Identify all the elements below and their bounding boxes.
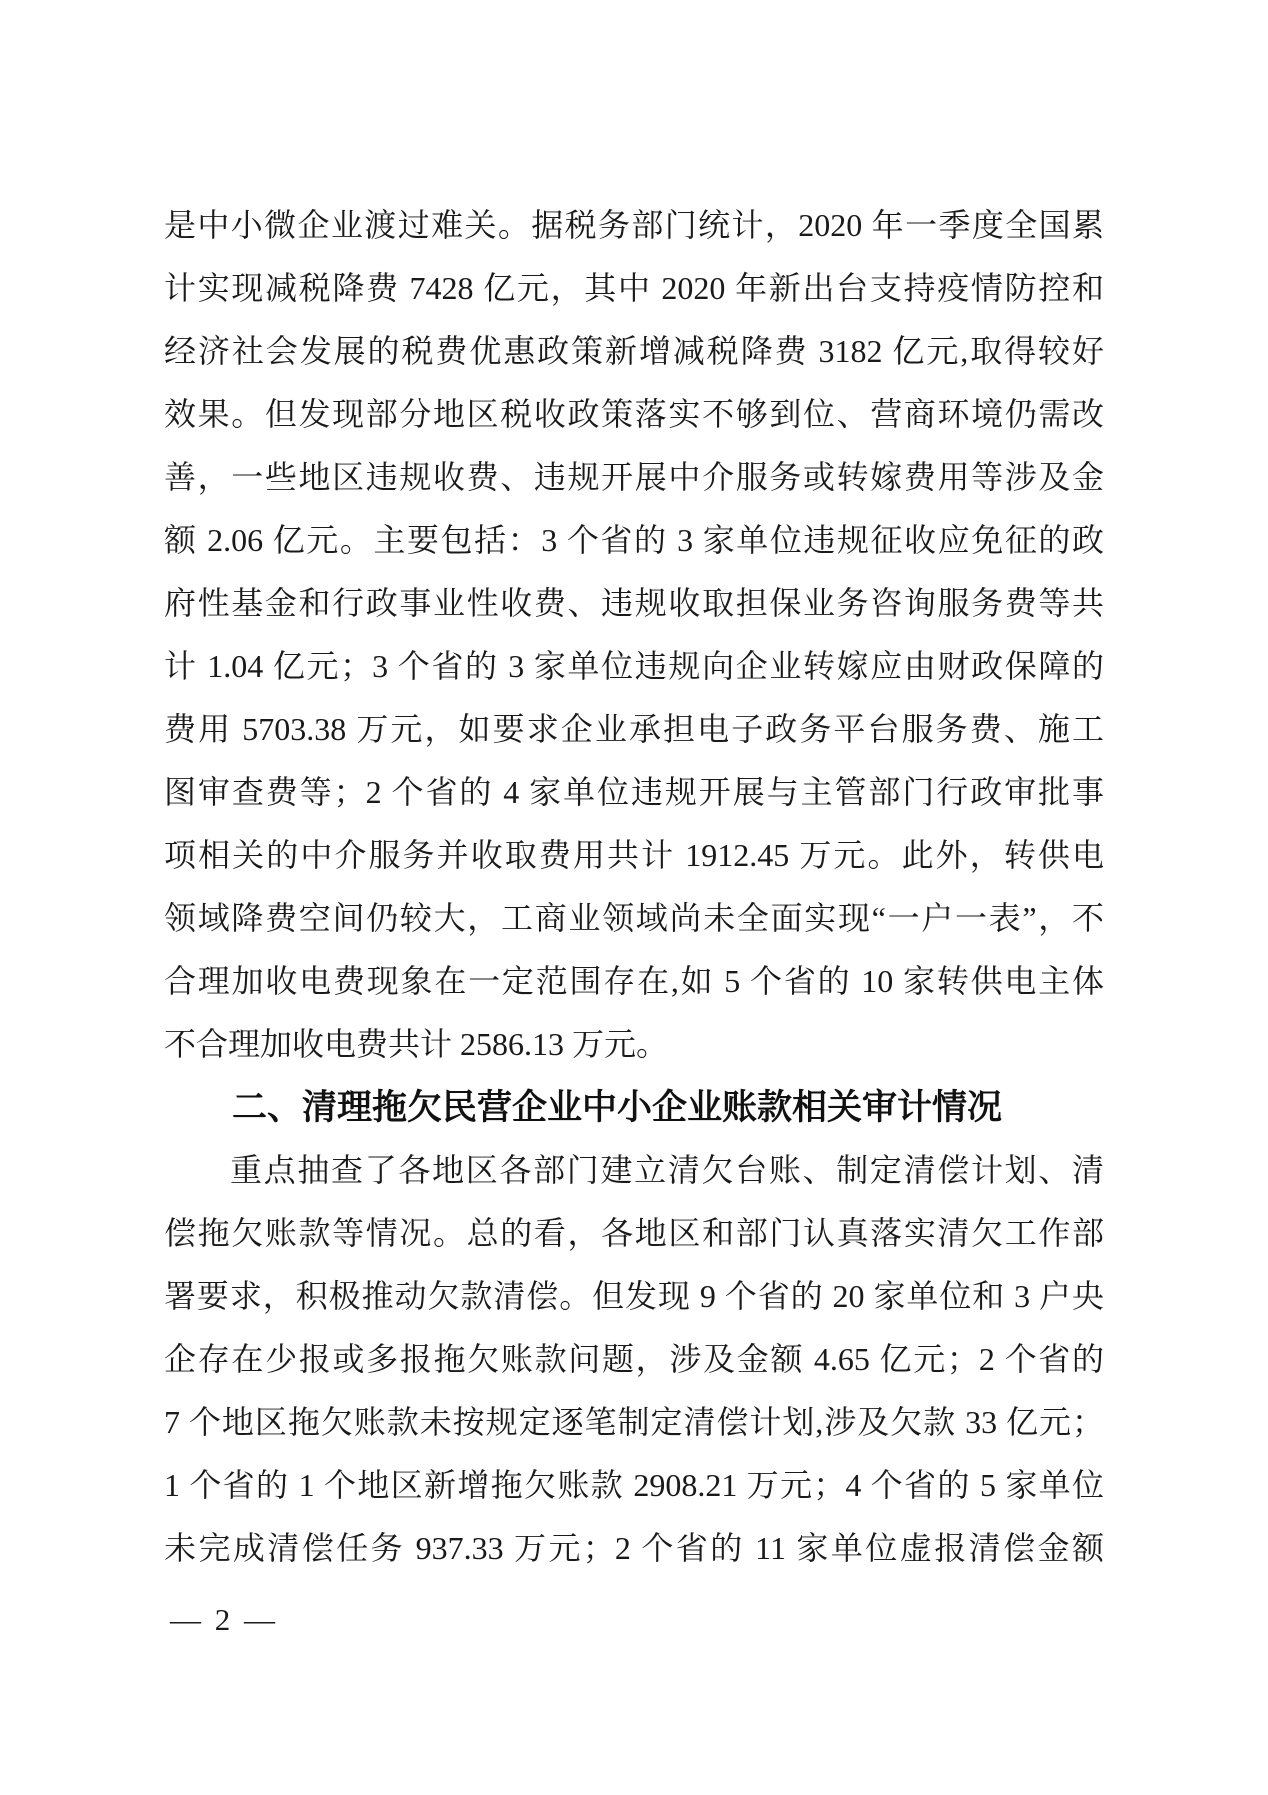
text-line: 费用 5703.38 万元，如要求企业承担电子政务平台服务费、施工 [164,698,1104,761]
text-line: 7 个地区拖欠账款未按规定逐笔制定清偿计划,涉及欠款 33 亿元； [164,1391,1104,1454]
text-line: 署要求，积极推动欠款清偿。但发现 9 个省的 20 家单位和 3 户央 [164,1265,1104,1328]
text-line: 重点抽查了各地区各部门建立清欠台账、制定清偿计划、清 [164,1139,1104,1202]
page-footer: — 2 — [170,1598,278,1642]
text-line: 效果。但发现部分地区税收政策落实不够到位、营商环境仍需改 [164,383,1104,446]
text-line: 项相关的中介服务并收取费用共计 1912.45 万元。此外，转供电 [164,824,1104,887]
section-heading: 二、清理拖欠民营企业中小企业账款相关审计情况 [164,1076,1104,1139]
text-line: 合理加收电费现象在一定范围存在,如 5 个省的 10 家转供电主体 [164,950,1104,1013]
text-line: 计实现减税降费 7428 亿元，其中 2020 年新出台支持疫情防控和 [164,257,1104,320]
text-line: 府性基金和行政事业性收费、违规收取担保业务咨询服务费等共 [164,572,1104,635]
text-line: 不合理加收电费共计 2586.13 万元。 [164,1013,1104,1076]
text-line: 额 2.06 亿元。主要包括：3 个省的 3 家单位违规征收应免征的政 [164,509,1104,572]
text-line: 计 1.04 亿元；3 个省的 3 家单位违规向企业转嫁应由财政保障的 [164,635,1104,698]
paragraph-tax-relief-audit: 是中小微企业渡过难关。据税务部门统计，2020 年一季度全国累 计实现减税降费 … [164,194,1104,1076]
document-page: 是中小微企业渡过难关。据税务部门统计，2020 年一季度全国累 计实现减税降费 … [0,0,1268,1795]
text-line: 1 个省的 1 个地区新增拖欠账款 2908.21 万元；4 个省的 5 家单位 [164,1454,1104,1517]
text-line: 图审查费等；2 个省的 4 家单位违规开展与主管部门行政审批事 [164,761,1104,824]
page-number: — 2 — [170,1602,278,1637]
text-line: 偿拖欠账款等情况。总的看，各地区和部门认真落实清欠工作部 [164,1202,1104,1265]
text-line: 领域降费空间仍较大，工商业领域尚未全面实现“一户一表”，不 [164,887,1104,950]
paragraph-arrears-clearing: 重点抽查了各地区各部门建立清欠台账、制定清偿计划、清 偿拖欠账款等情况。总的看，… [164,1139,1104,1580]
text-line: 企存在少报或多报拖欠账款问题，涉及金额 4.65 亿元；2 个省的 [164,1328,1104,1391]
text-line: 经济社会发展的税费优惠政策新增减税降费 3182 亿元,取得较好 [164,320,1104,383]
document-body: 是中小微企业渡过难关。据税务部门统计，2020 年一季度全国累 计实现减税降费 … [164,194,1104,1580]
text-line: 是中小微企业渡过难关。据税务部门统计，2020 年一季度全国累 [164,194,1104,257]
text-line: 未完成清偿任务 937.33 万元；2 个省的 11 家单位虚报清偿金额 [164,1517,1104,1580]
text-line: 善，一些地区违规收费、违规开展中介服务或转嫁费用等涉及金 [164,446,1104,509]
